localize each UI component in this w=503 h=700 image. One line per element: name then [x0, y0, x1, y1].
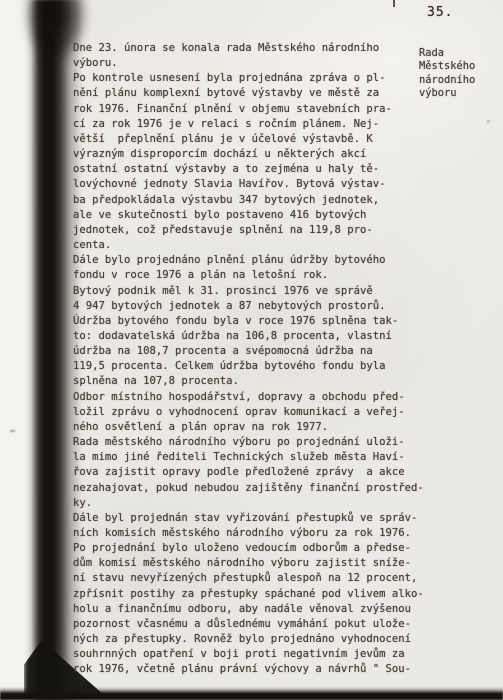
text-line: Dne 23. února se konala rada Městského n… — [73, 41, 458, 56]
text-line: rok 1976. Finanční plnění v objemu stave… — [73, 102, 458, 117]
text-line: Dále bylo projednáno plnění plánu údržby… — [73, 253, 458, 268]
page-number: 35. — [427, 5, 453, 20]
fold-tick-mark — [393, 0, 395, 7]
scan-speck — [10, 430, 15, 432]
text-line: to: dodavatelská údržba na 106,8 procent… — [73, 329, 458, 344]
text-line: Po kontrole usnesení byla projednána zpr… — [73, 71, 458, 86]
text-line: větší přeplnění plánu je v účelové výsta… — [73, 132, 458, 147]
margin-note-line: Městského — [419, 60, 475, 73]
text-line: ní stavu nevyřízených přestupků alespoň … — [73, 571, 458, 586]
text-line: výrazným disproporcím dochází u některýc… — [73, 147, 458, 162]
text-line: řova zajistit opravy podle předložené zp… — [73, 465, 458, 480]
text-line: ných za přestupky. Rovněž bylo projednán… — [73, 632, 458, 647]
text-line: Údržba bytového fondu byla v roce 1976 s… — [73, 314, 458, 329]
text-line: la mimo jiné řediteli Technických služeb… — [73, 450, 458, 465]
margin-note: RadaMěstskéhonárodníhovýboru — [419, 47, 475, 100]
text-line: jednotek, což představuje splnění na 119… — [73, 223, 458, 238]
text-line: ložil zprávu o vyhodnocení oprav komunik… — [73, 405, 458, 420]
text-line: Rada městského národního výboru po proje… — [73, 435, 458, 450]
text-line: ba předpokládala výstavbu 347 bytových j… — [73, 193, 458, 208]
text-line: Po projednání bylo uloženo vedoucím odbo… — [73, 541, 458, 556]
margin-note-line: výboru — [419, 87, 475, 100]
scan-speck — [487, 120, 490, 123]
scanned-page: 35. Dne 23. února se konala rada Městské… — [0, 0, 503, 700]
text-line: Bytový podnik měl k 31. prosinci 1976 ve… — [73, 284, 458, 299]
margin-note-line: Rada — [419, 47, 475, 60]
text-line: nezahajovat, pokud nebudou zajištěny fin… — [73, 481, 458, 496]
text-line: údržba na 108,7 procenta a svépomocná úd… — [73, 344, 458, 359]
text-line: souhrnných opatření v boji proti negativ… — [73, 647, 458, 662]
text-line: Odbor místního hospodářství, dopravy a o… — [73, 390, 458, 405]
text-line: ale ve skutečnosti bylo postaveno 416 by… — [73, 208, 458, 223]
text-line: 119,5 procenta. Celkem údržba bytového f… — [73, 359, 458, 374]
text-line: ostatní ostatní výstavby a to zejména u … — [73, 162, 458, 177]
text-line: zpřísnit postihy za přestupky spáchané p… — [73, 587, 458, 602]
text-line: fondu v roce 1976 a plán na letošní rok. — [73, 268, 458, 283]
text-line: výboru. — [73, 56, 458, 71]
text-line: cí za rok 1976 je v relaci s ročním plán… — [73, 117, 458, 132]
text-line: holu a finančnímu odboru, aby nadále věn… — [73, 602, 458, 617]
text-line: nění plánu komplexní bytové výstavby ve … — [73, 86, 458, 101]
text-line: splněna na 107,8 procenta. — [73, 374, 458, 389]
body-text: Dne 23. února se konala rada Městského n… — [73, 41, 458, 678]
text-line: 4 947 bytových jednotek a 87 nebytových … — [73, 299, 458, 314]
text-line: rok 1976, včetně plánu právní výchovy a … — [73, 662, 458, 677]
text-line: ky. — [73, 496, 458, 511]
text-line: Dále byl projednán stav vyřizování přest… — [73, 511, 458, 526]
text-line: ních komisích městského národního výboru… — [73, 526, 458, 541]
text-line: lovýchovné jednoty Slavia Havířov. Bytov… — [73, 177, 458, 192]
text-line: ného osvětlení a plán oprav na rok 1977. — [73, 420, 458, 435]
text-line: centa. — [73, 238, 458, 253]
text-line: pozornost včasnému a důslednému vymáhání… — [73, 617, 458, 632]
binding-shadow-bottom — [0, 687, 503, 700]
text-line: dům komisí městského národního výboru za… — [73, 556, 458, 571]
margin-note-line: národního — [419, 74, 475, 87]
